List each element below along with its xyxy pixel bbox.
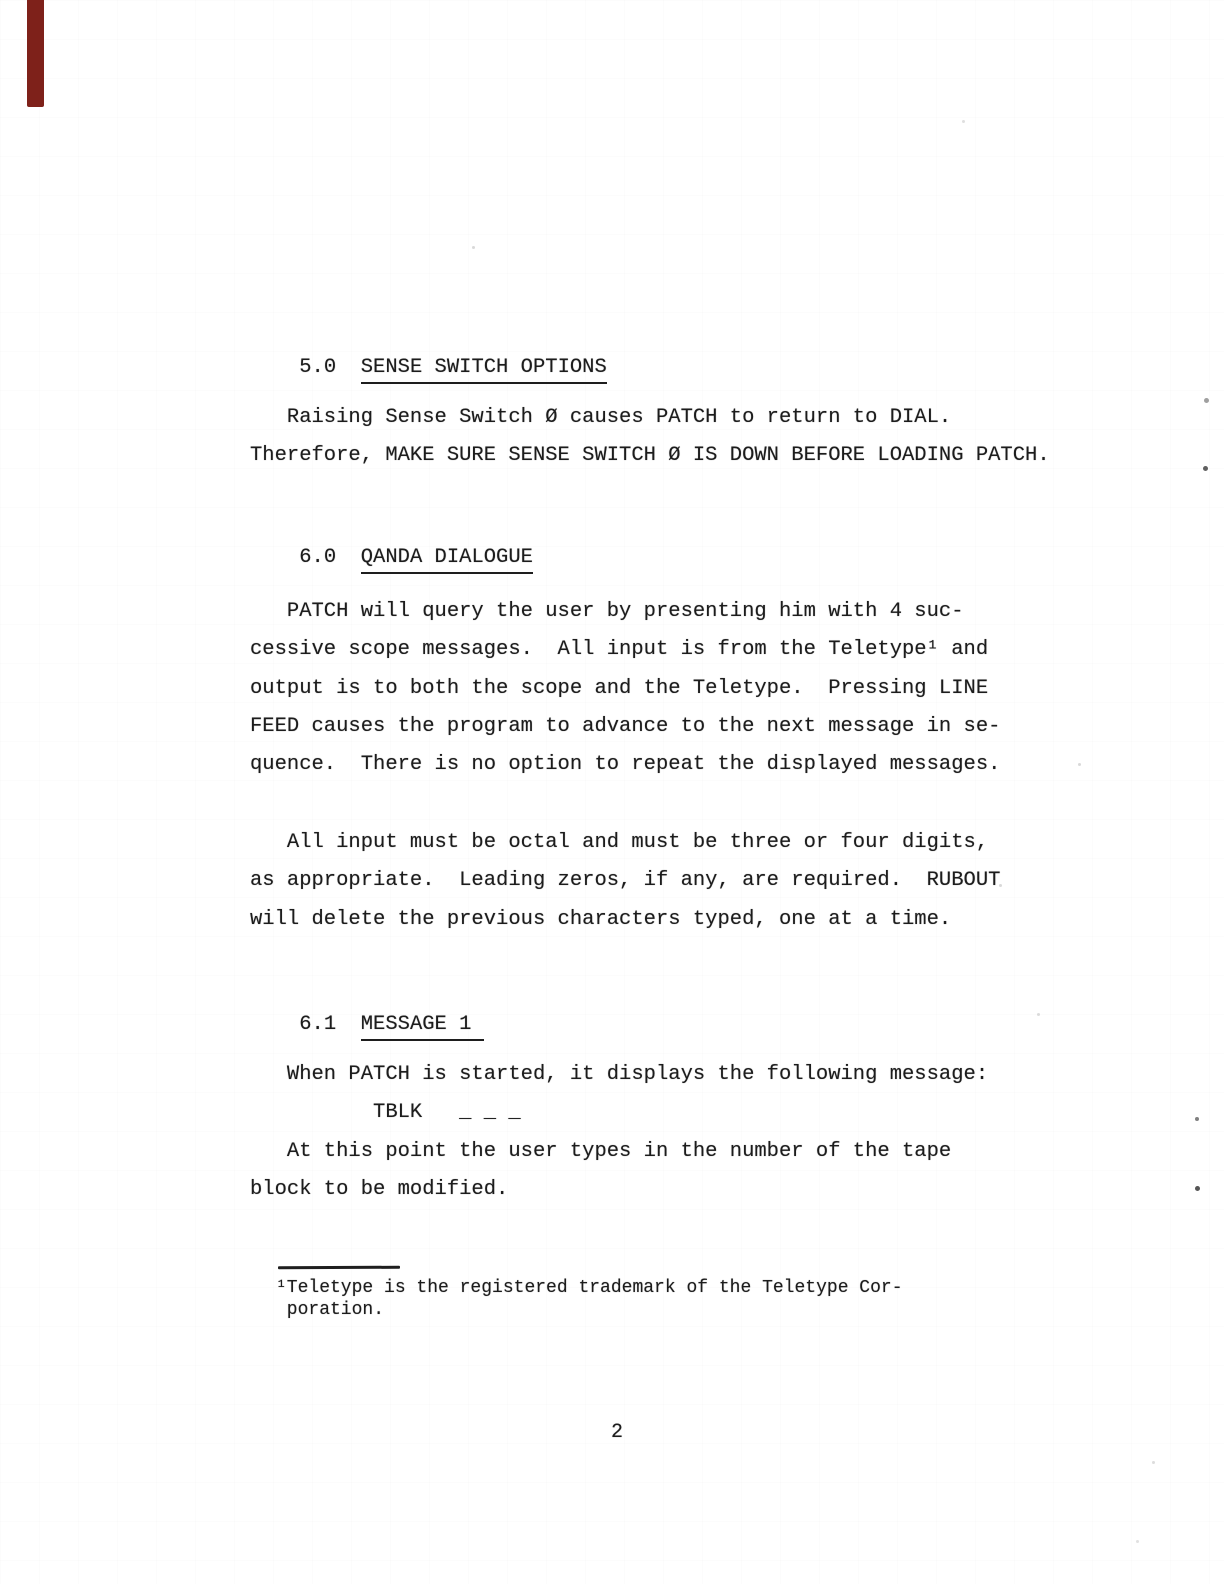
red-edge-mark	[27, 0, 44, 107]
paragraph-sense-switch: Raising Sense Switch Ø causes PATCH to r…	[250, 399, 1050, 476]
line-message1-intro: When PATCH is started, it displays the f…	[250, 1056, 988, 1094]
section-heading-6-1: 6.1 MESSAGE 1	[250, 983, 484, 1067]
scan-speck	[1078, 763, 1081, 766]
footnote-separator-rule	[278, 1266, 400, 1269]
scan-speck	[1195, 1186, 1200, 1191]
scan-speck	[1203, 466, 1208, 471]
scan-speck	[1204, 398, 1209, 403]
scan-speck	[962, 120, 965, 123]
paragraph-qanda-2: All input must be octal and must be thre…	[250, 824, 1000, 939]
section-title: QANDA DIALOGUE	[361, 546, 533, 574]
section-number: 6.1	[299, 1013, 361, 1036]
section-heading-6-0: 6.0 QANDA DIALOGUE	[250, 516, 533, 600]
section-title: MESSAGE 1	[361, 1013, 484, 1041]
scan-speck	[472, 246, 475, 249]
paragraph-qanda-1: PATCH will query the user by presenting …	[250, 593, 1000, 784]
scan-speck	[1136, 1540, 1139, 1543]
paragraph-message1-after: At this point the user types in the numb…	[250, 1133, 951, 1210]
line-tblk-prompt: TBLK _ _ _	[250, 1094, 521, 1132]
section-title: SENSE SWITCH OPTIONS	[361, 356, 607, 384]
section-heading-5-0: 5.0 SENSE SWITCH OPTIONS	[250, 326, 607, 410]
section-number: 5.0	[299, 356, 361, 379]
scan-speck	[1195, 1117, 1199, 1121]
scan-speck	[1037, 1013, 1040, 1016]
section-number: 6.0	[299, 546, 361, 569]
footnote-teletype: ¹Teletype is the registered trademark of…	[276, 1277, 903, 1321]
scanned-document-page: 5.0 SENSE SWITCH OPTIONS Raising Sense S…	[0, 0, 1224, 1584]
scan-speck	[1152, 1461, 1155, 1464]
scan-speck	[999, 884, 1002, 887]
page-number: 2	[611, 1420, 623, 1446]
